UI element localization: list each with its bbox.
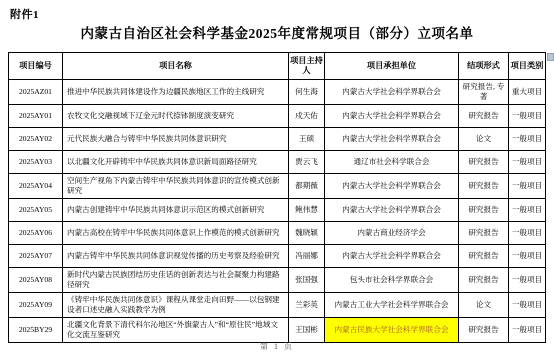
projects-table: 项目编号 项目名称 项目主持人 项目承担单位 结项形式 项目类别 2025AZ0…: [8, 52, 546, 343]
cell-code: 2025AZ01: [9, 80, 63, 105]
cell-name: 新时代内蒙古民族团结历史佳话的创新表达与社会凝聚力构建路径研究: [63, 268, 289, 293]
header-form: 结项形式: [459, 53, 509, 80]
cell-code: 2025AY07: [9, 245, 63, 268]
cell-name: 以北疆文化开辟铸牢中华民族共同体意识新局面路径研究: [63, 151, 289, 174]
table-row: 2025AY03 以北疆文化开辟铸牢中华民族共同体意识新局面路径研究 贾云飞 通…: [9, 151, 546, 174]
cell-name: 农牧文化交融视域下辽金元时代捺钵制度演变研究: [63, 105, 289, 128]
table-row: 2025AZ01 推进中华民族共同体建设作为边疆民族地区工作的主线研究 何生海 …: [9, 80, 546, 105]
cell-category: 一般项目: [509, 222, 546, 245]
cell-unit: 内蒙古大学社会科学界联合会: [325, 105, 459, 128]
cell-leader: 戍天佑: [289, 105, 325, 128]
cell-leader: 魏晓颖: [289, 222, 325, 245]
cell-code: 2025AY04: [9, 174, 63, 199]
table-row: 2025AY07 内蒙古铸牢中华民族共同体意识视觉传播的历史考察及经验研究 冯丽…: [9, 245, 546, 268]
cell-leader: 何生海: [289, 80, 325, 105]
cell-code: 2025AY08: [9, 268, 63, 293]
header-category: 项目类别: [509, 53, 546, 80]
cell-category: 一般项目: [509, 174, 546, 199]
cell-name: 空间生产视角下内蒙古铸牢中华民族共同体意识的宣传模式创新研究: [63, 174, 289, 199]
cell-unit: 内蒙古商业经济学会: [325, 222, 459, 245]
cell-code: 2025BY29: [9, 318, 63, 343]
table-row: 2025AY09 《铸牢中华民族共同体意识》课程从课堂走向田野——以包钢建设者口…: [9, 293, 546, 318]
cell-form: 研究报告: [459, 151, 509, 174]
cell-form: 论文: [459, 128, 509, 151]
header-code: 项目编号: [9, 53, 63, 80]
table-header-row: 项目编号 项目名称 项目主持人 项目承担单位 结项形式 项目类别: [9, 53, 546, 80]
cell-name: 元代民族大融合与铸牢中华民族共同体意识研究: [63, 128, 289, 151]
cell-leader: 王硕: [289, 128, 325, 151]
cell-code: 2025AY02: [9, 128, 63, 151]
cell-name: 内蒙古铸牢中华民族共同体意识视觉传播的历史考察及经验研究: [63, 245, 289, 268]
page-number: 第 1 页: [0, 341, 554, 352]
cell-unit: 包头市社会科学界联合会: [325, 268, 459, 293]
cell-category: 一般项目: [509, 199, 546, 222]
header-leader: 项目主持人: [289, 53, 325, 80]
cell-category: 一般项目: [509, 268, 546, 293]
cell-category: 一般项目: [509, 293, 546, 318]
table-row: 2025AY01 农牧文化交融视域下辽金元时代捺钵制度演变研究 戍天佑 内蒙古大…: [9, 105, 546, 128]
cell-unit: 内蒙古大学社会科学界联合会: [325, 245, 459, 268]
cell-leader: 冯丽娜: [289, 245, 325, 268]
table-row: 2025BY29 北疆文化背景下清代科尔沁地区“外旗蒙古人”和“原住民”地域文化…: [9, 318, 546, 343]
cell-leader: 都期薇: [289, 174, 325, 199]
cell-category: 一般项目: [509, 318, 546, 343]
cell-form: 研究报告: [459, 222, 509, 245]
cell-category: 一般项目: [509, 245, 546, 268]
table-row: 2025AY02 元代民族大融合与铸牢中华民族共同体意识研究 王硕 内蒙古大学社…: [9, 128, 546, 151]
cell-unit: 内蒙古大学社会科学界联合会: [325, 128, 459, 151]
cell-name: 推进中华民族共同体建设作为边疆民族地区工作的主线研究: [63, 80, 289, 105]
margin-marker-icon: [547, 53, 554, 61]
cell-form: 研究报告: [459, 318, 509, 343]
cell-category: 一般项目: [509, 151, 546, 174]
cell-code: 2025AY01: [9, 105, 63, 128]
cell-name: 内蒙古高校在铸牢中华民族共同体意识上作模范的模式创新研究: [63, 222, 289, 245]
cell-unit: 内蒙古大学社会科学界联合会: [325, 80, 459, 105]
cell-unit: 内蒙古大学社会科学界联合会: [325, 199, 459, 222]
cell-leader: 张国强: [289, 268, 325, 293]
cell-name: 北疆文化背景下清代科尔沁地区“外旗蒙古人”和“原住民”地域文化交流互鉴研究: [63, 318, 289, 343]
cell-category: 重大项目: [509, 80, 546, 105]
cell-code: 2025AY06: [9, 222, 63, 245]
attachment-label: 附件1: [10, 6, 39, 22]
cell-name: 内蒙古创建铸牢中华民族共同体意识示范区的模式创新研究: [63, 199, 289, 222]
cell-leader: 兰彩英: [289, 293, 325, 318]
cell-form: 研究报告, 专著: [459, 80, 509, 105]
cell-code: 2025AY05: [9, 199, 63, 222]
table-row: 2025AY08 新时代内蒙古民族团结历史佳话的创新表达与社会凝聚力构建路径研究…: [9, 268, 546, 293]
cell-form: 研究报告: [459, 105, 509, 128]
header-name: 项目名称: [63, 53, 289, 80]
table-row: 2025AY05 内蒙古创建铸牢中华民族共同体意识示范区的模式创新研究 鲍伟慧 …: [9, 199, 546, 222]
cell-unit: 通辽市社会科学联合会: [325, 151, 459, 174]
cell-leader: 鲍伟慧: [289, 199, 325, 222]
cell-category: 一般项目: [509, 105, 546, 128]
cell-unit: 内蒙古工业大学社会科学界联合会: [325, 293, 459, 318]
projects-table-container: 项目编号 项目名称 项目主持人 项目承担单位 结项形式 项目类别 2025AZ0…: [8, 52, 545, 343]
cell-form: 研究报告: [459, 199, 509, 222]
cell-name: 《铸牢中华民族共同体意识》课程从课堂走向田野——以包钢建设者口述史融入实践教学为…: [63, 293, 289, 318]
cell-unit: 内蒙古大学社会科学界联合会: [325, 174, 459, 199]
header-unit: 项目承担单位: [325, 53, 459, 80]
cell-form: 研究报告: [459, 268, 509, 293]
table-row: 2025AY04 空间生产视角下内蒙古铸牢中华民族共同体意识的宣传模式创新研究 …: [9, 174, 546, 199]
cell-form: 研究报告: [459, 245, 509, 268]
page-title: 内蒙古自治区社会科学基金2025年度常规项目（部分）立项名单: [0, 22, 554, 42]
cell-leader: 贾云飞: [289, 151, 325, 174]
cell-category: 一般项目: [509, 128, 546, 151]
cell-unit-highlighted: 内蒙古民族大学社会科学界联合会: [325, 318, 459, 343]
cell-form: 研究报告: [459, 174, 509, 199]
cell-leader: 王国彬: [289, 318, 325, 343]
cell-code: 2025AY03: [9, 151, 63, 174]
cell-form: 论文: [459, 293, 509, 318]
table-row: 2025AY06 内蒙古高校在铸牢中华民族共同体意识上作模范的模式创新研究 魏晓…: [9, 222, 546, 245]
cell-code: 2025AY09: [9, 293, 63, 318]
